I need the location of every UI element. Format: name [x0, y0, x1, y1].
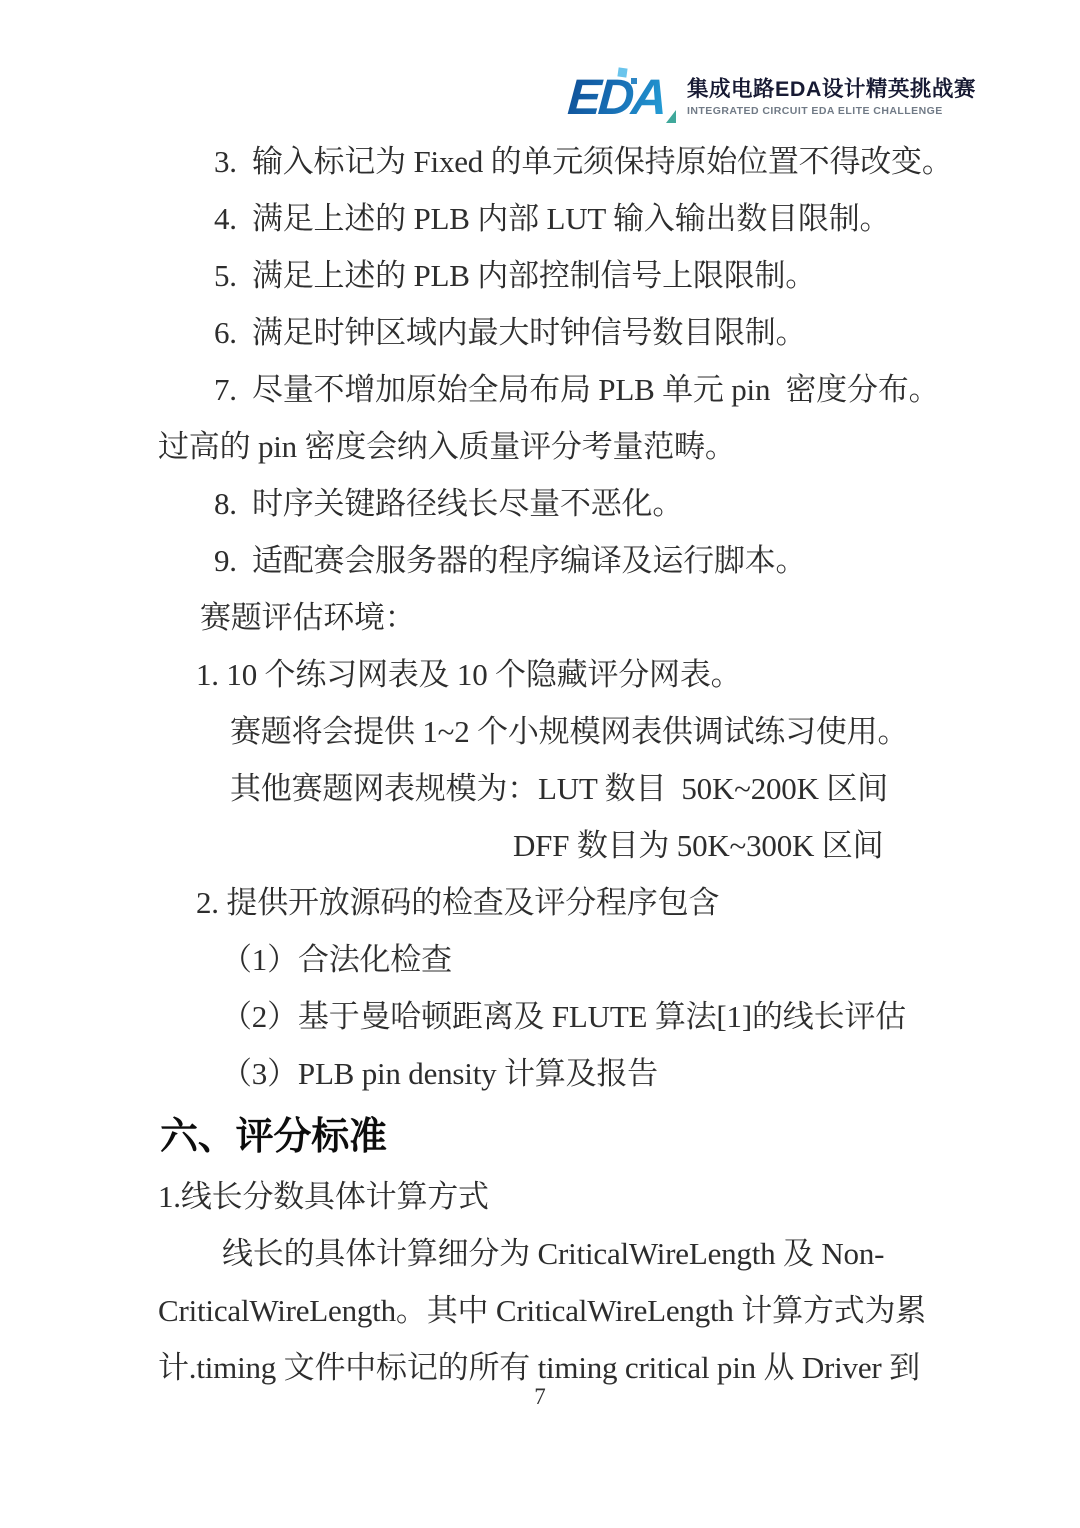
document-page: EDA 集成电路EDA设计精英挑战赛 INTEGRATED CIRCUIT ED… — [0, 0, 1080, 1528]
pixel-square-icon — [631, 78, 637, 84]
pixel-square-icon — [617, 67, 627, 77]
scoring-item-1: 1.线长分数具体计算方式 — [158, 1168, 948, 1225]
list-item-8: 8. 时序关键路径线长尽量不恶化。 — [158, 475, 948, 532]
list-item-5: 5. 满足上述的 PLB 内部控制信号上限限制。 — [158, 247, 948, 304]
eval-item-1-line4: DFF 数目为 50K~300K 区间 — [158, 817, 948, 874]
eval-sub-item-1: （1）合法化检查 — [158, 931, 948, 988]
document-content: 3. 输入标记为 Fixed 的单元须保持原始位置不得改变。 4. 满足上述的 … — [158, 133, 948, 1396]
logo-text-block: 集成电路EDA设计精英挑战赛 INTEGRATED CIRCUIT EDA EL… — [687, 77, 976, 117]
header-logo: EDA 集成电路EDA设计精英挑战赛 INTEGRATED CIRCUIT ED… — [568, 64, 976, 130]
eval-sub-item-3: （3）PLB pin density 计算及报告 — [158, 1045, 948, 1102]
logo-title-cn: 集成电路EDA设计精英挑战赛 — [687, 77, 976, 102]
scoring-paragraph-line1: 线长的具体计算细分为 CriticalWireLength 及 Non- — [158, 1225, 948, 1282]
teal-triangle-icon — [666, 110, 676, 123]
list-item-6: 6. 满足时钟区域内最大时钟信号数目限制。 — [158, 304, 948, 361]
page-number: 7 — [0, 1384, 1080, 1410]
list-item-4: 4. 满足上述的 PLB 内部 LUT 输入输出数目限制。 — [158, 190, 948, 247]
eda-logo-text: EDA — [566, 69, 666, 125]
eval-item-1: 1. 10 个练习网表及 10 个隐藏评分网表。 — [158, 646, 948, 703]
eval-item-1-line2: 赛题将会提供 1~2 个小规模网表供调试练习使用。 — [158, 703, 948, 760]
list-item-3: 3. 输入标记为 Fixed 的单元须保持原始位置不得改变。 — [158, 133, 948, 190]
eval-item-1-line3: 其他赛题网表规模为：LUT 数目 50K~200K 区间 — [158, 760, 948, 817]
eda-logo-mark: EDA — [568, 69, 672, 125]
list-item-9: 9. 适配赛会服务器的程序编译及运行脚本。 — [158, 532, 948, 589]
scoring-paragraph-line2: CriticalWireLength。其中 CriticalWireLength… — [158, 1282, 948, 1339]
logo-subtitle-en: INTEGRATED CIRCUIT EDA ELITE CHALLENGE — [687, 105, 976, 117]
section-heading-scoring: 六、评分标准 — [160, 1107, 948, 1167]
list-item-7: 7. 尽量不增加原始全局布局 PLB 单元 pin 密度分布。 — [158, 361, 948, 418]
list-item-7-continuation: 过高的 pin 密度会纳入质量评分考量范畴。 — [158, 418, 948, 475]
eval-sub-item-2: （2）基于曼哈顿距离及 FLUTE 算法[1]的线长评估 — [158, 988, 948, 1045]
eval-env-label: 赛题评估环境： — [158, 589, 948, 646]
eval-item-2: 2. 提供开放源码的检查及评分程序包含 — [158, 874, 948, 931]
